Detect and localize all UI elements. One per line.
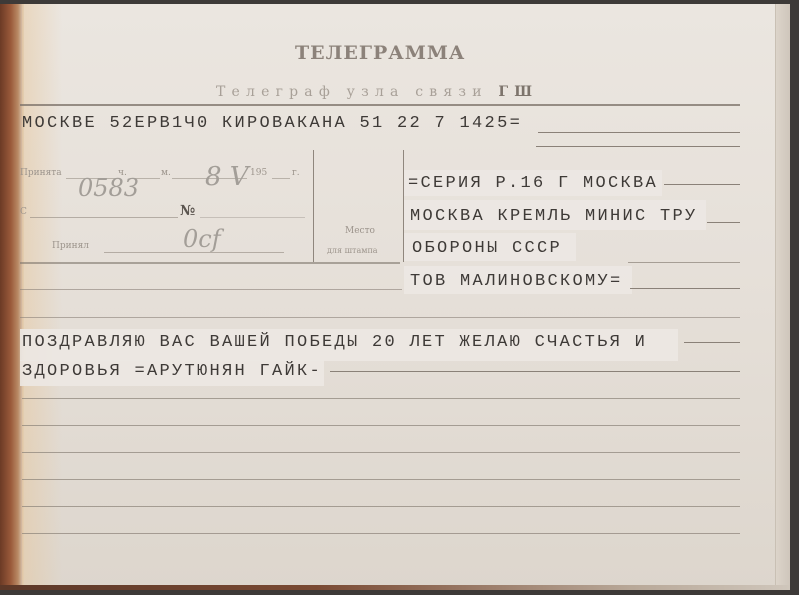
message-line-1: ПОЗДРАВЛЯЮ ВАС ВАШЕЙ ПОБЕДЫ 20 ЛЕТ ЖЕЛАЮ… — [22, 333, 647, 352]
handwritten-time: 0583 — [78, 174, 139, 202]
number-sign: № — [180, 203, 195, 219]
year-suffix: г. — [292, 168, 300, 178]
address-line-1: =СЕРИЯ Р.16 Г МОСКВА — [408, 174, 658, 193]
address-line-3: ОБОРОНЫ СССР — [412, 239, 562, 258]
form-subtitle: Телеграф узла связи ГШ — [216, 84, 538, 100]
blank-line — [22, 452, 740, 453]
rule — [664, 184, 740, 185]
subtitle-text: Телеграф узла связи — [216, 84, 488, 100]
accepted-label: Принята — [20, 168, 62, 178]
rule — [20, 262, 400, 264]
minute-label: м. — [161, 168, 171, 178]
stamp-label-2: для штампа — [327, 246, 378, 255]
page-edge — [775, 4, 790, 590]
message-line-2: ЗДОРОВЬЯ =АРУТЮНЯН ГАЙК- — [22, 362, 322, 381]
rule — [200, 217, 305, 218]
from-label: С — [20, 207, 27, 217]
address-line-4: ТОВ МАЛИНОВСКОМУ= — [410, 272, 623, 291]
binding-shadow — [22, 4, 62, 590]
rule — [538, 132, 740, 133]
rule — [104, 252, 284, 253]
rule — [630, 288, 740, 289]
blank-line — [22, 533, 740, 534]
blank-line — [22, 425, 740, 426]
rule — [30, 217, 178, 218]
received-by-label: Принял — [52, 241, 89, 251]
rule — [330, 371, 740, 372]
rule — [536, 146, 740, 147]
handwritten-number: 0сf — [183, 225, 221, 253]
blank-line — [22, 398, 740, 399]
rule — [684, 342, 740, 343]
telegram-header-line: МОСКВЕ 52ЕРВ1Ч0 КИРОВАКАНА 51 22 7 1425= — [22, 114, 522, 133]
rule — [707, 222, 740, 223]
rule — [20, 289, 402, 290]
address-line-2: МОСКВА КРЕМЛЬ МИНИС ТРУ — [410, 207, 698, 226]
rule — [272, 178, 290, 179]
subtitle-org: ГШ — [498, 84, 538, 100]
blank-line — [22, 506, 740, 507]
form-title: ТЕЛЕГРАММА — [295, 42, 465, 64]
rule — [20, 317, 740, 318]
binding-edge — [0, 4, 24, 590]
bottom-edge — [0, 585, 790, 590]
header-rule — [20, 104, 740, 106]
year-label: 195 — [250, 168, 267, 178]
handwritten-date: 8 V — [205, 162, 249, 192]
telegram-sheet: ТЕЛЕГРАММА Телеграф узла связи ГШ МОСКВЕ… — [0, 4, 790, 590]
rule — [628, 262, 740, 263]
blank-line — [22, 479, 740, 480]
divider — [313, 150, 314, 262]
stamp-label-1: Место — [345, 226, 375, 236]
